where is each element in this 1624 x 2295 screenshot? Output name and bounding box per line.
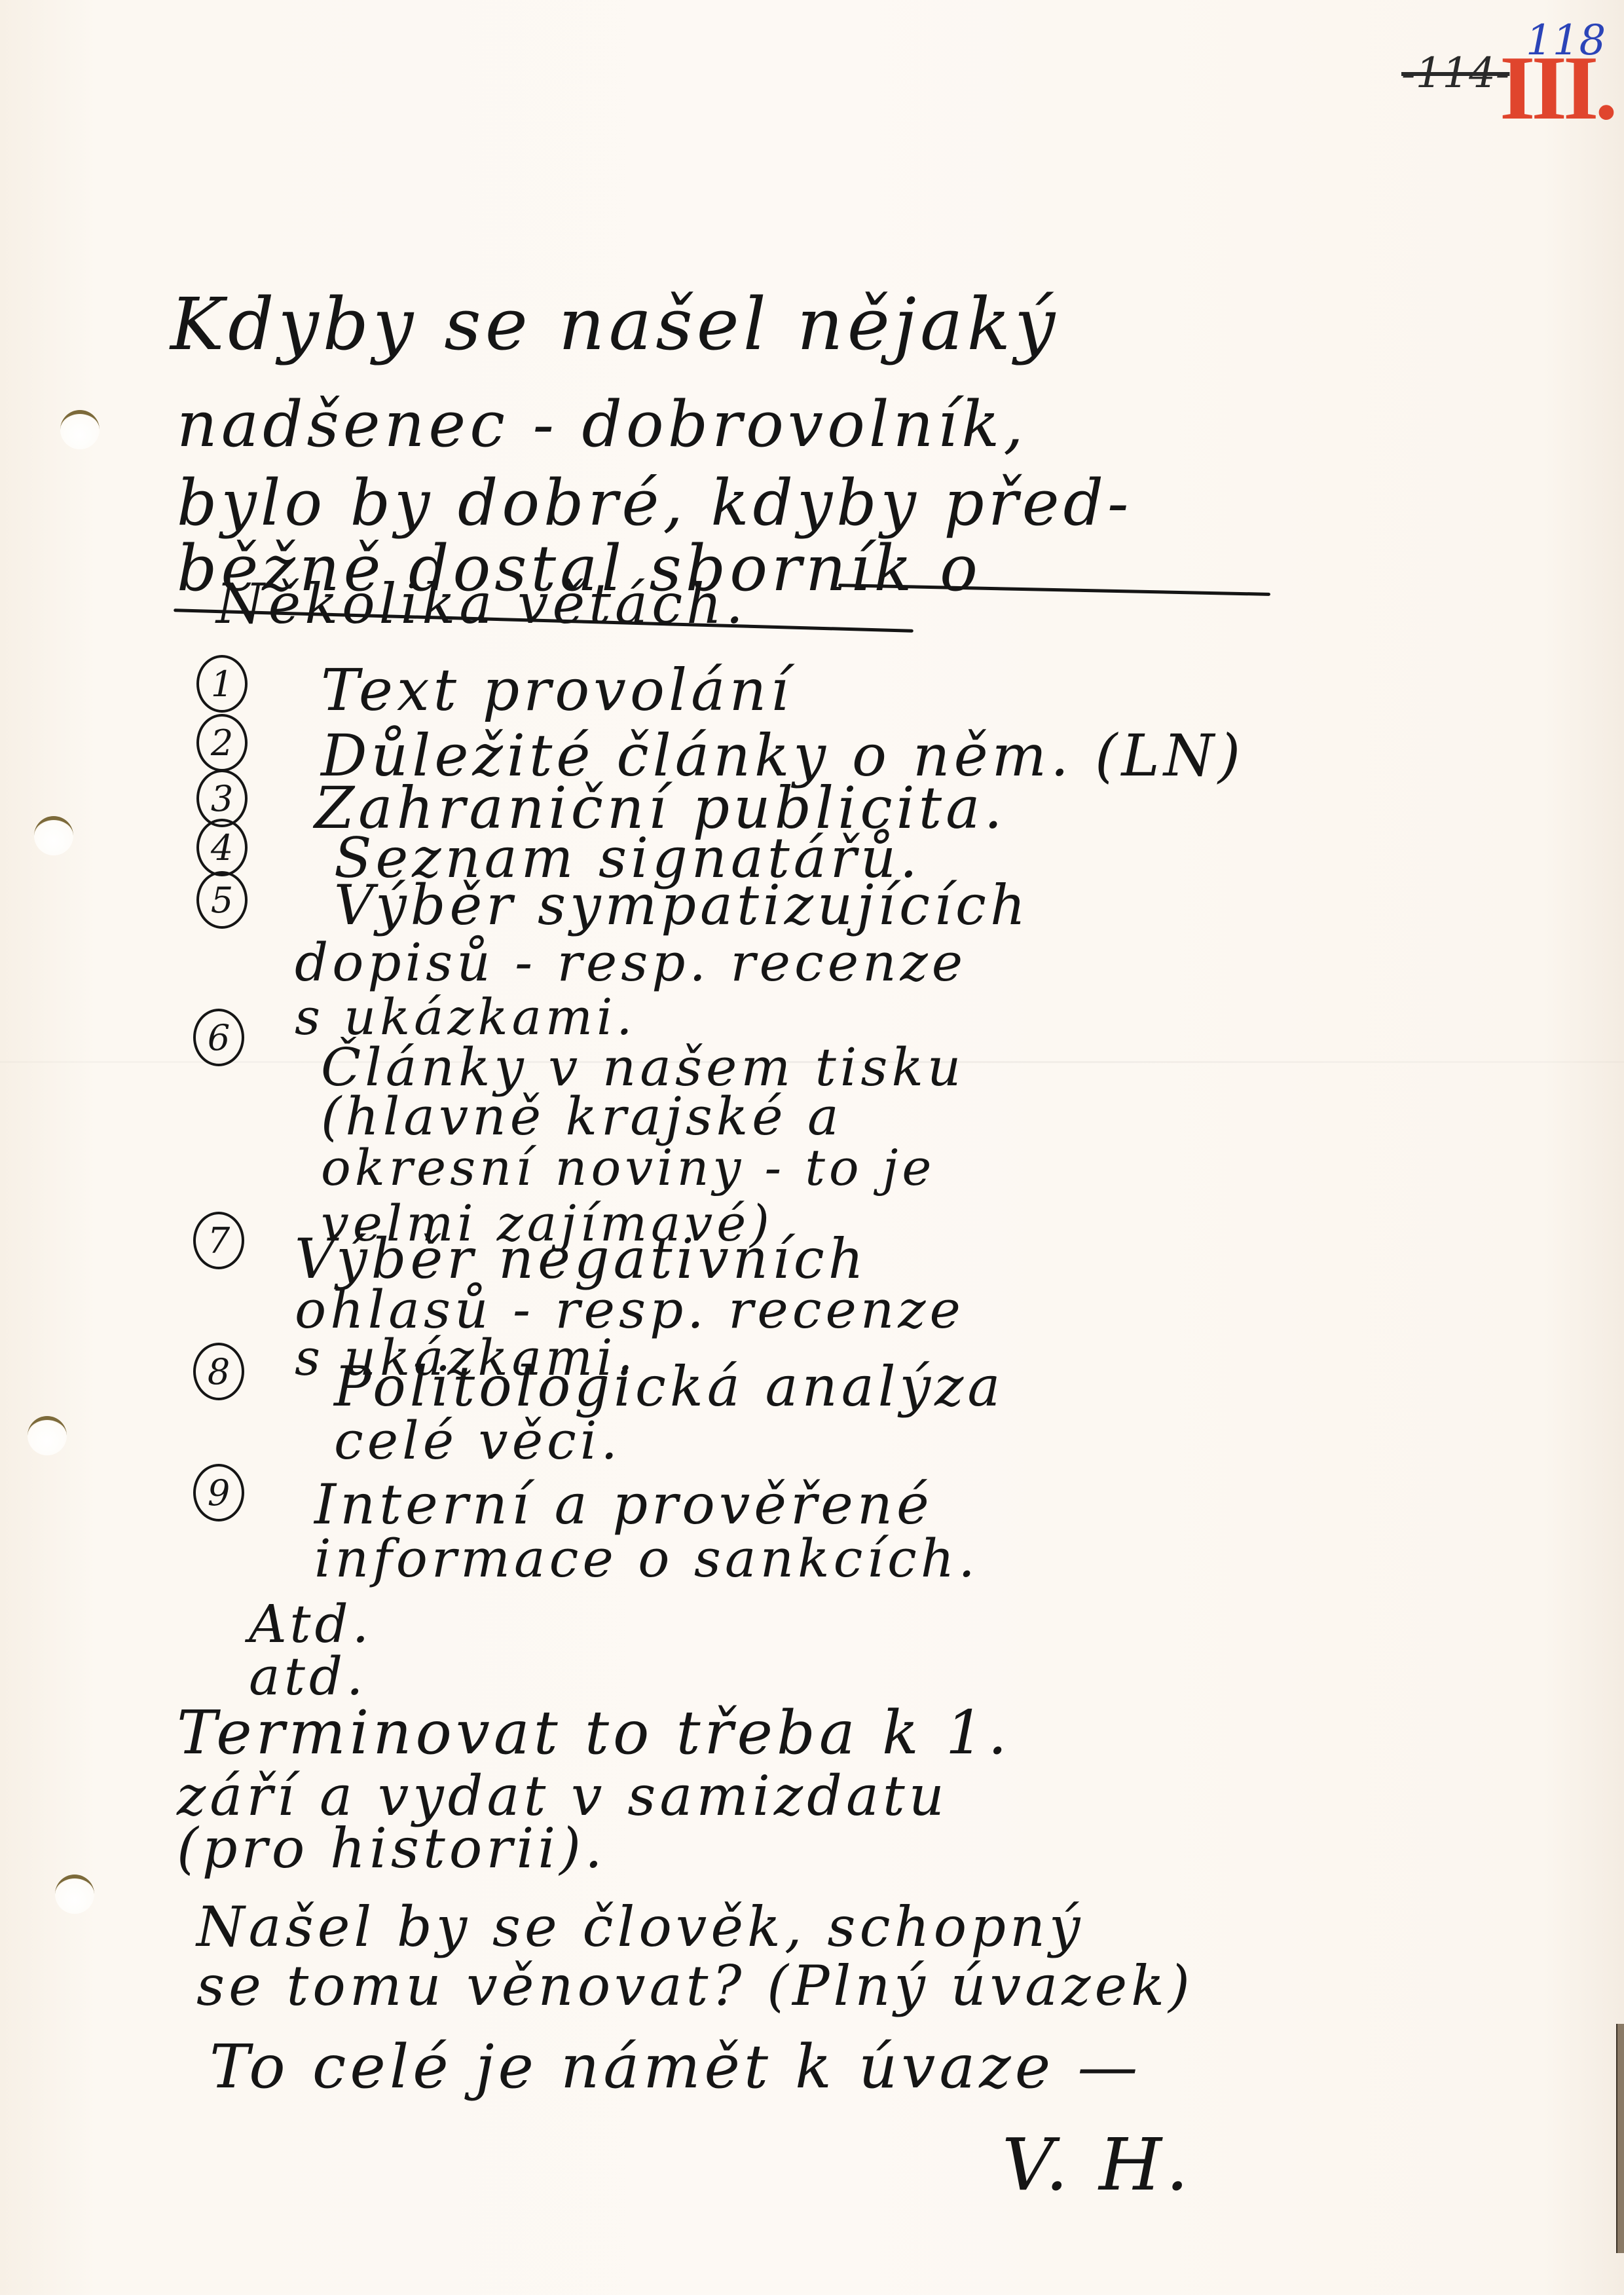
punch-hole <box>34 816 73 855</box>
list-number-circle: 7 <box>193 1212 244 1269</box>
deadline-line: září a vydat v samizdatu <box>177 1768 948 1823</box>
scanned-edge-strip <box>1616 2024 1624 2253</box>
list-item-text: Výběr sympatizujících <box>334 878 1029 933</box>
list-item-text: Text provolání <box>321 662 792 719</box>
etc-text: atd. <box>249 1651 367 1703</box>
list-item-text: Politologická analýza <box>334 1359 1004 1414</box>
signature: V. H. <box>1002 2129 1192 2201</box>
archive-page-number: -114- <box>1401 49 1509 98</box>
deadline-line: Terminovat to třeba k 1. <box>177 1703 1011 1763</box>
final-line: To celé je námět k úvaze — <box>210 2037 1141 2097</box>
list-item-text: Výběr negativních <box>295 1231 868 1286</box>
etc-text: Atd. <box>249 1598 373 1651</box>
list-item-text: celé věci. <box>334 1415 621 1467</box>
intro-line: Kdyby se našel nějaký <box>170 288 1059 360</box>
punch-hole <box>55 1875 94 1914</box>
list-number-circle: 8 <box>193 1343 244 1400</box>
list-item-text: Interní a prověřené <box>314 1477 933 1532</box>
punch-hole <box>28 1416 67 1455</box>
intro-line: nadšenec - dobrovolník, <box>177 393 1027 456</box>
list-number-circle: 2 <box>196 714 248 772</box>
list-number-circle: 4 <box>196 819 248 876</box>
list-number-circle: 6 <box>193 1009 244 1066</box>
intro-line: bylo by dobré, kdyby před- <box>177 472 1132 534</box>
question-line: Našel by se člověk, schopný <box>196 1899 1084 1954</box>
question-line: se tomu věnovat? (Plný úvazek) <box>196 1958 1194 2013</box>
list-item-text: dopisů - resp. recenze <box>295 937 967 989</box>
list-number-circle: 9 <box>193 1464 244 1521</box>
list-item-text: informace o sankcích. <box>314 1533 979 1585</box>
list-item-text: okresní noviny - to je <box>321 1143 935 1193</box>
list-number-circle: 1 <box>196 655 248 713</box>
deadline-line: (pro historii). <box>177 1821 606 1876</box>
folio-number: 118 <box>1526 16 1606 65</box>
punch-hole <box>60 410 100 449</box>
list-number-circle: 5 <box>196 871 248 929</box>
list-item-text: s ukázkami. <box>295 992 636 1042</box>
list-item-text: (hlavně krajské a <box>321 1091 843 1143</box>
